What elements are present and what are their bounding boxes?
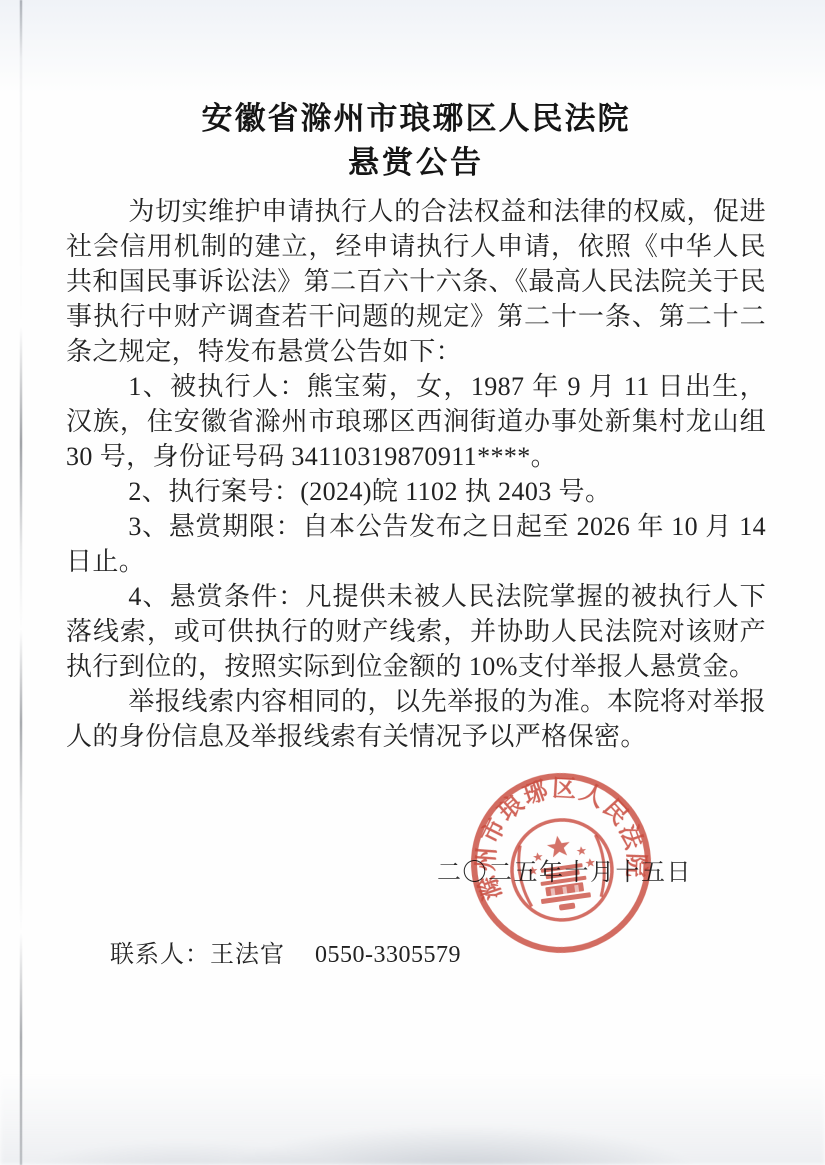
body-paragraph: 2、执行案号：(2024)皖 1102 执 2403 号。: [66, 474, 766, 509]
contact-line: 联系人：王法官0550-3305579: [110, 934, 461, 969]
body-paragraph: 为切实维护申请执行人的合法权益和法律的权威，促进社会信用机制的建立，经申请执行人…: [66, 194, 766, 369]
contact-phone: 0550-3305579: [315, 942, 461, 968]
issue-date: 二〇二五年十月十五日: [437, 852, 692, 887]
body-paragraph: 1、被执行人：熊宝菊，女，1987 年 9 月 11 日出生，汉族，住安徽省滁州…: [66, 369, 766, 474]
scan-edge-artifact: [20, 0, 22, 1165]
body-paragraph: 4、悬赏条件：凡提供未被人民法院掌握的被执行人下落线索，或可供执行的财产线索，并…: [66, 579, 766, 684]
body-paragraph: 3、悬赏期限：自本公告发布之日起至 2026 年 10 月 14 日止。: [66, 509, 766, 579]
contact-label: 联系人：: [110, 942, 210, 968]
document-title: 悬赏公告: [66, 141, 766, 185]
scan-top-shadow: [0, 0, 825, 95]
contact-name: 王法官: [210, 942, 285, 968]
document-body: 为切实维护申请执行人的合法权益和法律的权威，促进社会信用机制的建立，经申请执行人…: [66, 194, 766, 754]
scan-bottom-shadow: [0, 995, 825, 1165]
gear-icon: [559, 902, 576, 910]
body-paragraph: 举报线索内容相同的，以先举报的为准。本院将对举报人的身份信息及举报线索有关情况予…: [66, 684, 766, 754]
document-content: 安徽省滁州市琅琊区人民法院 悬赏公告 为切实维护申请执行人的合法权益和法律的权威…: [66, 97, 766, 754]
court-name-title: 安徽省滁州市琅琊区人民法院: [66, 97, 766, 141]
scanned-document-page: 安徽省滁州市琅琊区人民法院 悬赏公告 为切实维护申请执行人的合法权益和法律的权威…: [0, 0, 825, 1165]
